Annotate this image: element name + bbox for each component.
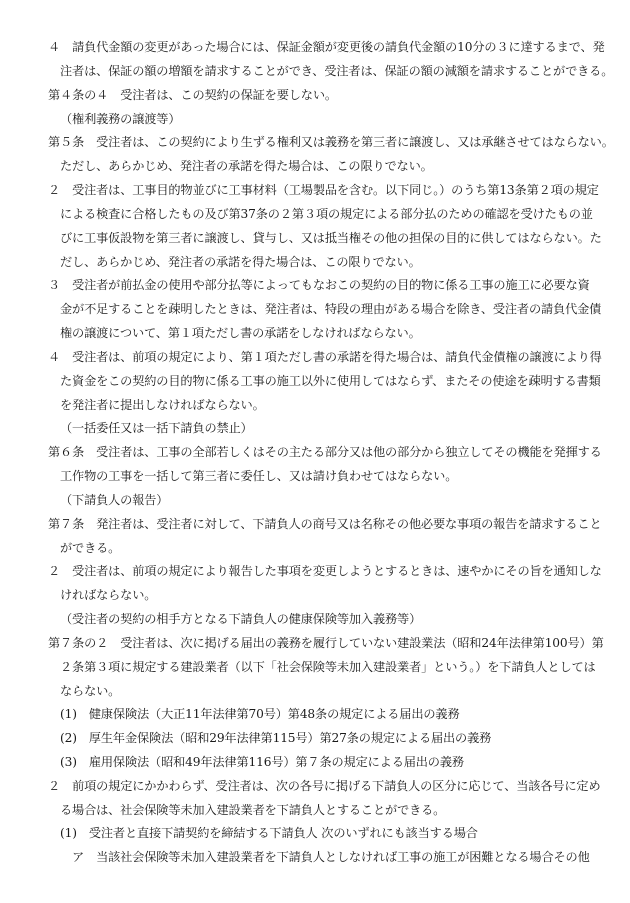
article-4-4: 第４条の４ 受注者は、この契約の保証を要しない。 <box>48 87 337 103</box>
article-5-line-2: ただし、あらかじめ、発注者の承諾を得た場合は、この限りでない。 <box>60 158 433 174</box>
heading-subcontract-prohibition: （一括委任又は一括下請負の禁止） <box>60 420 253 436</box>
document-page: ４ 請負代金額の変更があった場合には、保証金額が変更後の請負代金額の10分の３に… <box>0 0 630 903</box>
article-6-line-2: 工作物の工事を一括して第三者に委任し、又は請け負わせてはならない。 <box>60 468 457 484</box>
item-1-health-insurance-act: (1) 健康保険法（大正11年法律第70号）第48条の規定による届出の義務 <box>60 706 460 722</box>
heading-transfer-of-rights: （権利義務の譲渡等） <box>60 111 180 127</box>
heading-subcontractor-report: （下請負人の報告） <box>60 492 168 508</box>
article-7-para-2-line-2: ければならない。 <box>60 587 156 603</box>
article-7-line-1: 第７条 発注者は、受注者に対して、下請負人の商号又は名称その他必要な事項の報告を… <box>48 516 601 532</box>
paragraph-4-line-1: ４ 請負代金額の変更があった場合には、保証金額が変更後の請負代金額の10分の３に… <box>48 39 605 55</box>
paragraph-4-line-2: 注者は、保証の額の増額を請求することができ、受注者は、保証の額の減額を請求するこ… <box>60 63 613 79</box>
article-6-line-1: 第６条 受注者は、工事の全部若しくはその主たる部分又は他の部分から独立してその機… <box>48 444 602 460</box>
article-7-line-2: ができる。 <box>60 540 120 556</box>
item-3-employment-insurance-act: (3) 雇用保険法（昭和49年法律第116号）第７条の規定による届出の義務 <box>60 754 464 770</box>
article-5-para-2-line-2: による検査に合格したもの及び第37条の２第３項の規定による部分払のための確認を受… <box>60 206 593 222</box>
item-1-direct-subcontractor: (1) 受注者と直接下請契約を締結する下請負人 次のいずれにも該当する場合 <box>60 825 478 841</box>
article-5-line-1: 第５条 受注者は、この契約により生ずる権利又は義務を第三者に譲渡し、又は承継させ… <box>48 134 614 150</box>
article-7-2-line-3: ならない。 <box>60 683 120 699</box>
article-5-para-4-line-1: ４ 受注者は、前項の規定により、第１項ただし書の承諾を得た場合は、請負代金債権の… <box>48 349 602 365</box>
article-5-para-2-line-4: だし、あらかじめ、発注者の承諾を得た場合は、この限りでない。 <box>60 254 421 270</box>
article-5-para-4-line-3: を発注者に提出しなければならない。 <box>60 397 265 413</box>
article-5-para-2-line-3: びに工事仮設物を第三者に譲渡し、貸与し、又は抵当権その他の担保の目的に供してはな… <box>60 230 602 246</box>
article-5-para-3-line-2: 金が不足することを疎明したときは、発注者は、特段の理由がある場合を除き、受注者の… <box>60 301 601 317</box>
article-7-2-para-2-line-2: る場合は、社会保険等未加入建設業者を下請負人とすることができる。 <box>60 802 445 818</box>
article-5-para-3-line-1: ３ 受注者が前払金の使用や部分払等によってもなおこの契約の目的物に係る工事の施工… <box>48 277 590 293</box>
article-5-para-4-line-2: た資金をこの契約の目的物に係る工事の施工以外に使用してはならず、またその使途を疎… <box>60 373 601 389</box>
article-7-2-para-2-line-1: ２ 前項の規定にかかわらず、受注者は、次の各号に掲げる下請負人の区分に応じて、当… <box>48 778 601 794</box>
article-7-2-line-1: 第７条の２ 受注者は、次に掲げる届出の義務を履行していない建設業法（昭和24年法… <box>48 635 604 651</box>
heading-health-insurance: （受注者の契約の相手方となる下請負人の健康保険等加入義務等） <box>60 611 421 627</box>
article-5-para-3-line-3: 権の譲渡について、第１項ただし書の承諾をしなければならない。 <box>60 325 421 341</box>
article-7-para-2-line-1: ２ 受注者は、前項の規定により報告した事項を変更しようとするときは、速やかにその… <box>48 563 602 579</box>
item-2-pension-insurance-act: (2) 厚生年金保険法（昭和29年法律第115号）第27条の規定による届出の義務 <box>60 730 491 746</box>
article-7-2-line-2: ２条第３項に規定する建設業者（以下「社会保険等未加入建設業者」という。）を下請負… <box>60 659 596 675</box>
subitem-a: ア 当該社会保険等未加入建設業者を下請負人としなければ工事の施工が困難となる場合… <box>72 849 590 865</box>
article-5-para-2-line-1: ２ 受注者は、工事目的物並びに工事材料（工場製品を含む。以下同じ。）のうち第13… <box>48 182 599 198</box>
